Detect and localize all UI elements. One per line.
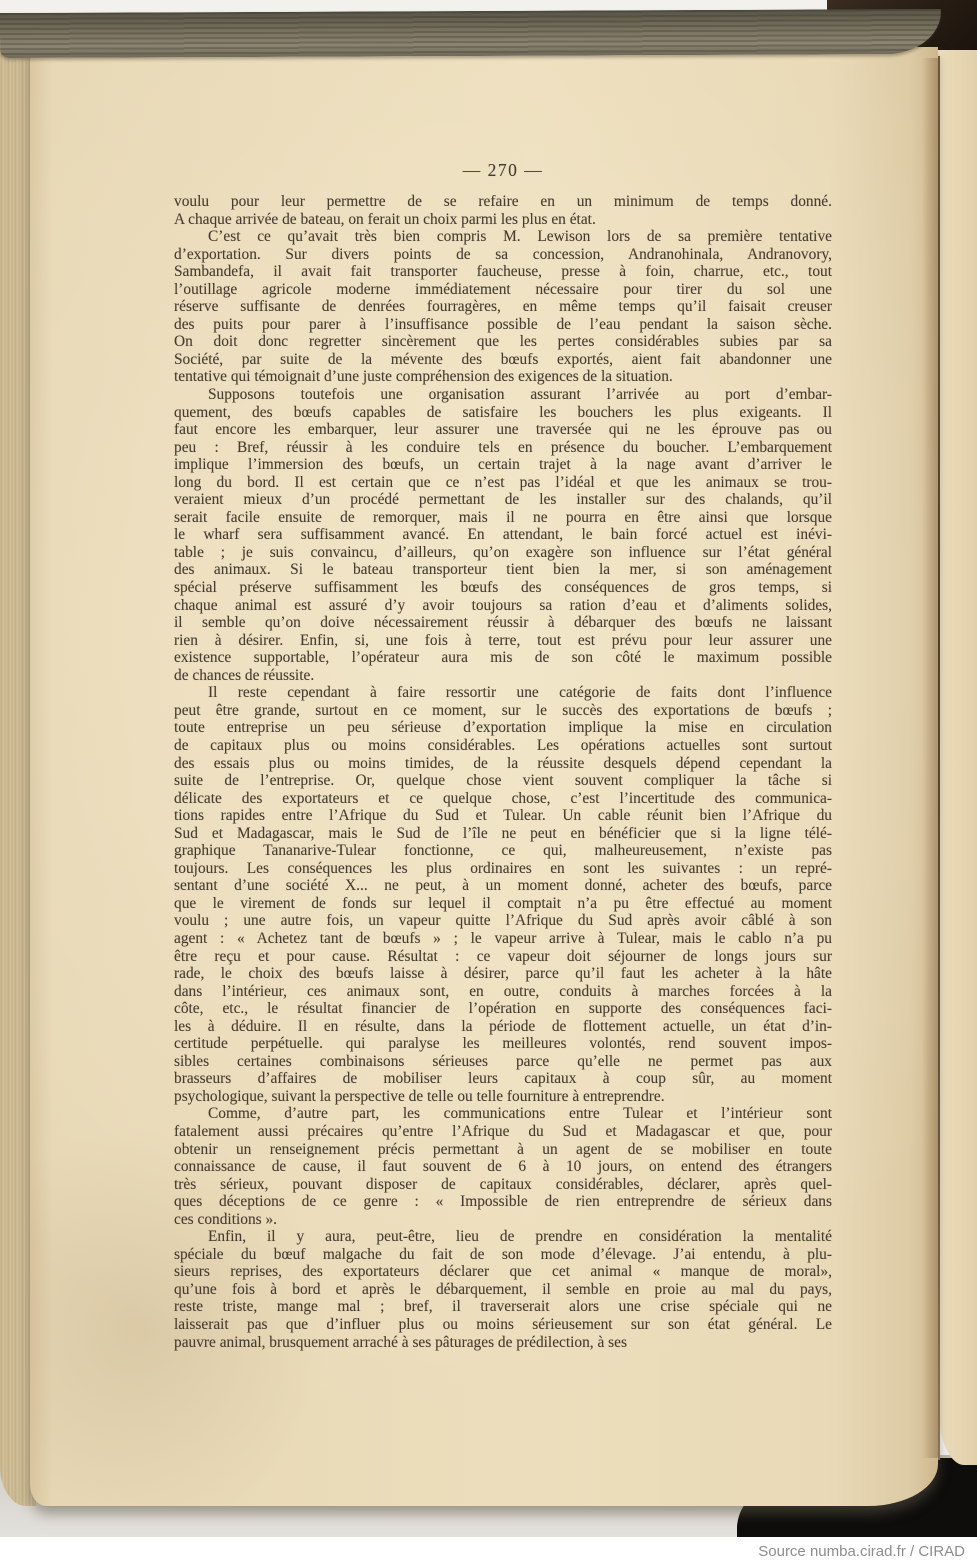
text-line: tions rapides entre l’Afrique du Sud et … [174,807,832,825]
text-line: serait facile ensuite de remorquer, mais… [174,509,832,527]
facing-page-sliver [938,50,977,1465]
scanned-book-photo: — 270 — voulu pour leur permettre de se … [0,0,977,1566]
text-line: psychologique, suivant la perspective de… [174,1088,832,1106]
text-line: tentative qui témoignait d’une juste com… [174,368,832,386]
text-line: voulu ; une autre fois, un vapeur quitte… [174,912,832,930]
text-line: brasseurs d’affaires de mobiliser leurs … [174,1070,832,1088]
text-line: qu’une fois à bord et après le débarquem… [174,1281,832,1299]
text-line: On doit donc regretter sincèrement que l… [174,333,832,351]
paragraph: C’est ce qu’avait très bien compris M. L… [174,228,832,386]
source-caption-label: Source numba.cirad.fr / CIRAD [758,1543,965,1560]
text-line: sibles certaines combinaisons sérieuses … [174,1053,832,1071]
text-line: il semble qu’on doive nécessairement réu… [174,614,832,632]
text-line: ques déceptions de ce genre : « Impossib… [174,1193,832,1211]
text-line: Supposons toutefois une organisation ass… [174,386,832,404]
text-line: existence supportable, l’opérateur aura … [174,649,832,667]
text-line: laisserait pas que d’influer plus ou moi… [174,1316,832,1334]
text-line: graphique Tananarive-Tulear fonctionne, … [174,842,832,860]
text-line: dans l’intérieur, ces animaux sont, en o… [174,983,832,1001]
text-line: délicate des exportateurs et ce quelque … [174,790,832,808]
text-line: Comme, d’autre part, les communications … [174,1105,832,1123]
text-line: Il reste cependant à faire ressortir une… [174,684,832,702]
text-line: être reçu et pour cause. Résultat : ce v… [174,948,832,966]
text-line: pauvre animal, brusquement arraché à ses… [174,1334,832,1352]
text-line: suite de l’entreprise. Or, quelque chose… [174,772,832,790]
text-line: le wharf sera suffisamment avancé. En at… [174,526,832,544]
text-line: sieurs reprises, des exportateurs déclar… [174,1263,832,1281]
paragraph: Comme, d’autre part, les communications … [174,1105,832,1228]
paragraph: voulu pour leur permettre de se refaire … [174,193,832,228]
text-line: très sérieux, pouvant disposer de capita… [174,1176,832,1194]
text-block: voulu pour leur permettre de se refaire … [174,193,832,1351]
page-number: — 270 — [174,160,832,181]
text-line: Enfin, il y aura, peut-être, lieu de pre… [174,1228,832,1246]
text-line: voulu pour leur permettre de se refaire … [174,193,832,211]
text-line: de capitaux plus ou moins considérables.… [174,737,832,755]
text-line: faut encore les embarquer, leur assurer … [174,421,832,439]
text-line: long du bord. Il est certain que ce n’es… [174,474,832,492]
paragraph: Enfin, il y aura, peut-être, lieu de pre… [174,1228,832,1351]
text-line: table ; je suis convaincu, d’ailleurs, q… [174,544,832,562]
text-line: obtenir un renseignement précis permetta… [174,1141,832,1159]
text-line: toujours. Les conséquences les plus ordi… [174,860,832,878]
text-line: C’est ce qu’avait très bien compris M. L… [174,228,832,246]
text-line: des animaux. Si le bateau transporteur t… [174,561,832,579]
text-line: implique l’immersion des bœufs, un certa… [174,456,832,474]
text-line: ces conditions ». [174,1211,832,1229]
text-line: des puits pour parer à l’insuffisance po… [174,316,832,334]
text-line: A chaque arrivée de bateau, on ferait un… [174,211,832,229]
text-line: reste triste, mange mal ; bref, il trave… [174,1298,832,1316]
text-line: côte, etc., le résultat financier de l’o… [174,1000,832,1018]
gutter-fold-line [938,56,940,1460]
text-line: certitude perpétuelle. qui paralyse les … [174,1035,832,1053]
source-caption-bar: Source numba.cirad.fr / CIRAD [0,1537,977,1566]
text-line: Sambandefa, il avait fait transporter fa… [174,263,832,281]
text-line: Société, par suite de la mévente des bœu… [174,351,832,369]
text-line: fatalement aussi précaires qu’entre l’Af… [174,1123,832,1141]
text-line: connaissance de cause, il faut souvent d… [174,1158,832,1176]
text-line: rien à désirer. Enfin, si, une fois à te… [174,632,832,650]
gutter-shadow [922,58,938,1458]
paragraph: Il reste cependant à faire ressortir une… [174,684,832,1105]
text-line: toute entreprise un peu sérieuse d’expor… [174,719,832,737]
text-line: chaque animal est assuré d’y avoir toujo… [174,597,832,615]
text-line: les à déduire. Il en résulte, dans la pé… [174,1018,832,1036]
text-line: quement, des bœufs capables de satisfair… [174,404,832,422]
text-line: Sud et Madagascar, mais le Sud de l’île … [174,825,832,843]
text-line: agent : « Achetez tant de bœufs » ; le v… [174,930,832,948]
text-line: l’outillage agricole moderne immédiateme… [174,281,832,299]
text-line: spécial préserve suffisamment les bœufs … [174,579,832,597]
text-line: réserve suffisante de denrées fourragère… [174,298,832,316]
text-line: peu : Bref, réussir à les conduire tels … [174,439,832,457]
text-line: des essais plus ou moins timides, de la … [174,755,832,773]
paragraph: Supposons toutefois une organisation ass… [174,386,832,684]
text-line: d’exportation. Sur divers points de sa c… [174,246,832,264]
text-line: rade, le choix des bœufs laisse à désire… [174,965,832,983]
text-line: sentant d’une société X... ne peut, à un… [174,877,832,895]
top-page-edges-band [0,9,941,58]
text-line: que le virement de fonds sur lequel il c… [174,895,832,913]
text-line: de chances de réussite. [174,667,832,685]
text-line: spéciale du bœuf malgache du fait de son… [174,1246,832,1264]
text-line: veraient mieux d’un procédé permettant d… [174,491,832,509]
text-line: peut être grande, surtout en ce moment, … [174,702,832,720]
